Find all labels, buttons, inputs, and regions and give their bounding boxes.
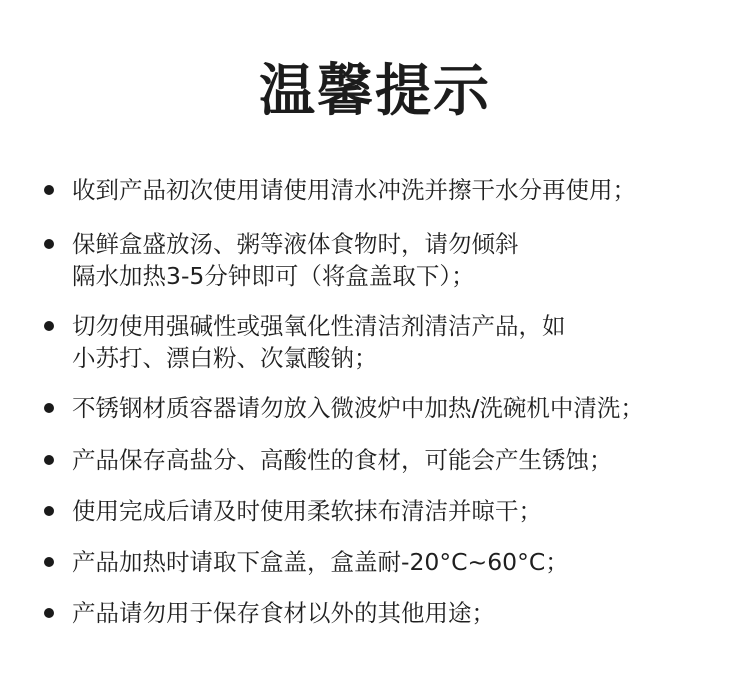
bullet-icon <box>44 239 54 249</box>
bullet-icon <box>44 608 54 618</box>
item-text: 产品请勿用于保存食材以外的其他用途； <box>72 597 495 629</box>
item-text-continued: 隔水加热3-5分钟即可（将盒盖取下）； <box>72 260 475 292</box>
bullet-icon <box>44 185 54 195</box>
item-text: 切勿使用强碱性或强氧化性清洁剂清洁产品，如 <box>72 310 566 342</box>
bullet-icon <box>44 557 54 567</box>
item-text: 保鲜盒盛放汤、粥等液体食物时，请勿倾斜 <box>72 228 519 260</box>
item-text: 不锈钢材质容器请勿放入微波炉中加热/洗碗机中清洗； <box>72 392 644 424</box>
item-text: 产品加热时请取下盒盖，盒盖耐-20°C~60°C； <box>72 546 569 578</box>
item-text-continued: 小苏打、漂白粉、次氯酸钠； <box>72 342 378 374</box>
item-text: 使用完成后请及时使用柔软抹布清洁并晾干； <box>72 495 542 527</box>
bullet-icon <box>44 321 54 331</box>
tips-list: 收到产品初次使用请使用清水冲洗并擦干水分再使用； 保鲜盒盛放汤、粥等液体食物时，… <box>0 0 750 684</box>
item-text: 产品保存高盐分、高酸性的食材，可能会产生锈蚀； <box>72 444 613 476</box>
item-text: 收到产品初次使用请使用清水冲洗并擦干水分再使用； <box>72 174 636 206</box>
bullet-icon <box>44 506 54 516</box>
bullet-icon <box>44 455 54 465</box>
bullet-icon <box>44 403 54 413</box>
